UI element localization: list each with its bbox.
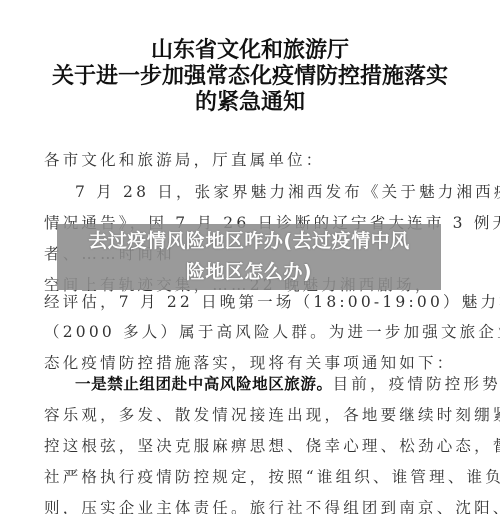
headline-line-1: 去过疫情风险地区咋办(去过疫情中风: [57, 226, 441, 257]
body-line: 经评估，7 月 22 日晚第一场（18:00-19:00）魅力湘西所有观众: [44, 290, 464, 312]
body-line: 7 月 28 日，张家界魅力湘西发布《关于魅力湘西疫情防控: [75, 180, 495, 202]
headline-line-2: 险地区怎么办): [57, 257, 441, 288]
section-1-heading-rest: 目前，疫情防控形势不: [333, 375, 500, 393]
salutation: 各市文化和旅游局，厅直属单位：: [44, 148, 464, 170]
body-line: （2000 多人）属于高风险人群。为进一步加强文旅企业单位常: [44, 320, 464, 342]
headline-overlay-text: 去过疫情风险地区咋办(去过疫情中风 险地区怎么办): [57, 226, 441, 288]
section-1-line: 控这根弦，坚决克服麻痹思想、侥幸心理、松劲心态，督导旅行: [44, 434, 464, 456]
section-1-line: 则，压实企业主体责任。旅行社不得组团到南京、沈阳、张家界: [44, 496, 464, 514]
document-title-line-3: 的紧急通知: [0, 85, 500, 116]
section-1-first-line: 一是禁止组团赴中高风险地区旅游。目前，疫情防控形势不: [75, 372, 495, 394]
section-1-heading: 一是禁止组团赴中高风险地区旅游。: [75, 375, 333, 393]
body-line: 态化疫情防控措施落实，现将有关事项通知如下：: [44, 351, 464, 373]
section-1-line: 容乐观，多发、散发情况接连出现，各地要继续时刻绷紧疫情防: [44, 403, 464, 425]
section-1-line: 社严格执行疫情防控规定，按照“谁组织、谁管理、谁负责”原: [44, 465, 464, 487]
